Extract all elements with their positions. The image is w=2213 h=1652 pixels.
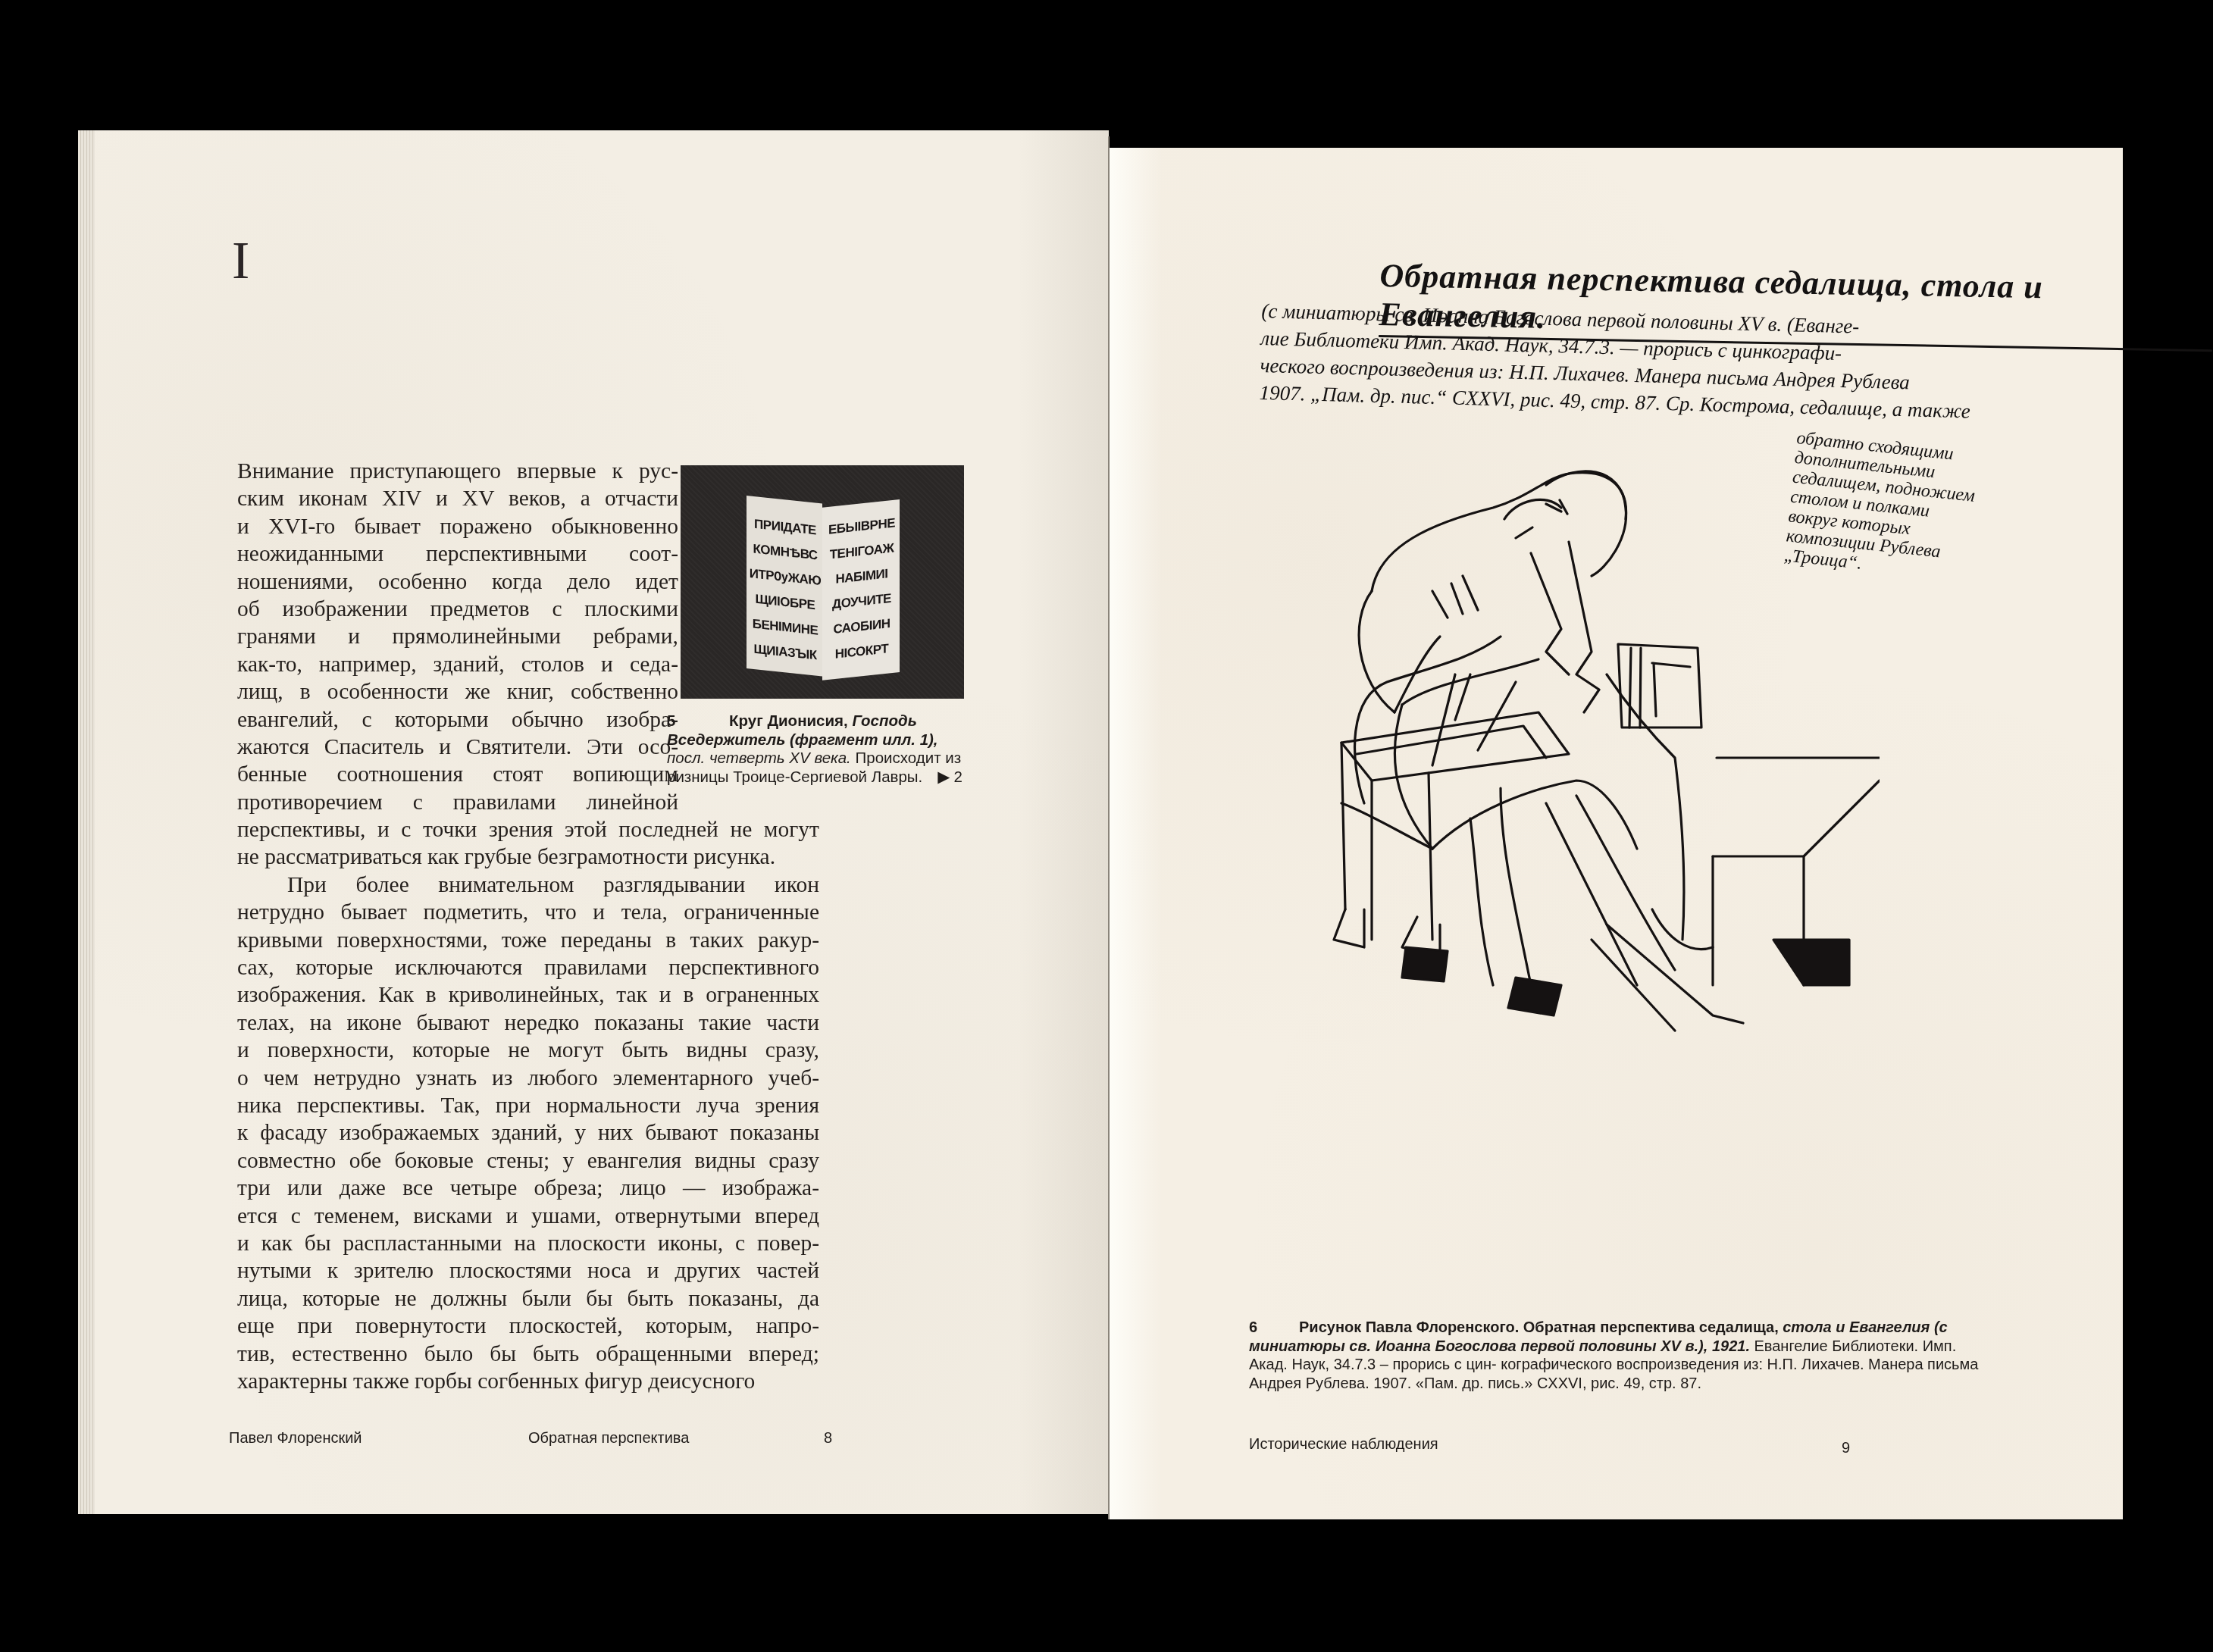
body-line: характерны также горбы согбенных фигур д…	[237, 1368, 819, 1395]
body-line: бенные соотношения стоят вопиющим	[237, 761, 678, 788]
body-line: жаются Спаситель и Святители. Эти осо-	[237, 734, 678, 761]
book-spine	[1108, 136, 1110, 1519]
caption-author: Круг Дионисия,	[729, 712, 852, 730]
body-line: При более внимательном разглядывании ико…	[237, 871, 819, 899]
body-line: об изображении предметов с плоскими	[237, 596, 678, 623]
body-line: изображения. Как в криволинейных, так и …	[237, 981, 819, 1009]
gutter-highlight	[1109, 148, 1162, 1519]
body-line: противоречием с правилами линейной	[237, 789, 678, 816]
body-line: телах, на иконе бывают нередко показаны …	[237, 1009, 819, 1037]
body-line: совместно обе боковые стены; у евангелия…	[237, 1147, 819, 1175]
figure-number: 6	[1249, 1319, 1299, 1338]
body-line: тив, естественно было бы быть обращенным…	[237, 1341, 819, 1368]
page-number-left: 8	[824, 1430, 832, 1447]
body-line: три или даже все четыре обреза; лицо — и…	[237, 1175, 819, 1202]
body-line: не рассматриваться как грубые безграмотн…	[237, 843, 819, 871]
body-line: и поверхности, которые не могут быть вид…	[237, 1037, 819, 1064]
gutter-shadow	[1018, 130, 1109, 1514]
body-line: ника перспективы. Так, при нормальности …	[237, 1092, 819, 1119]
footer-section: Исторические наблюдения	[1249, 1436, 1438, 1453]
body-line: ется с теменем, висками и ушами, отверну…	[237, 1203, 819, 1230]
body-line: ским иконам XIV и XV веков, а отчасти	[237, 485, 678, 512]
figure-5-image: ПРИІДАТЕКОМНѢВСИТРѸЖАЮЩИІОБРЕБЕНІМИНЕЩИІ…	[681, 465, 964, 699]
chapter-number: I	[232, 235, 249, 288]
figure-6-drawing	[1319, 455, 1880, 1137]
caption-bold: Рисунок Павла Флоренского. Обратная перс…	[1299, 1319, 1783, 1336]
body-line: гранями и прямолинейными ребрами,	[237, 623, 678, 650]
figure-5-caption: 5Круг Дионисия, Господь Вседержитель (фр…	[667, 712, 963, 787]
caption-date: посл. четверть XV века.	[667, 749, 851, 767]
book-glyphs-right: ЕБЫІВРНЕТЕНІГОАЖНАБІМИІДОУЧИТЕСАОБІИННІС…	[825, 510, 898, 668]
body-line: лица, которые не должны были бы быть пок…	[237, 1285, 819, 1313]
body-line: Внимание приступающего впервые к рус-	[237, 458, 678, 485]
body-line: нетрудно бывает подметить, что и тела, о…	[237, 899, 819, 926]
body-line: к фасаду изображаемых зданий, у них быва…	[237, 1119, 819, 1147]
handwritten-note: (с миниатюры св. Иоанна Богослова первой…	[1259, 297, 1989, 425]
body-line: ношениями, особенно когда дело идет	[237, 568, 678, 596]
footer-book-title: Обратная перспектива	[528, 1430, 689, 1447]
body-line: кривыми поверхностями, тоже переданы в т…	[237, 927, 819, 954]
figure-number: 5	[667, 712, 729, 731]
body-line: и как бы распластанными на плоскости ико…	[237, 1230, 819, 1257]
body-line: о чем нетрудно узнать из любого элемента…	[237, 1065, 819, 1092]
cross-reference: ▶ 2	[937, 768, 963, 787]
footer-author: Павел Флоренский	[229, 1430, 362, 1447]
figure-6-caption: 6Рисунок Павла Флоренского. Обратная пер…	[1249, 1319, 1988, 1393]
body-line: неожиданными перспективными соот-	[237, 540, 678, 568]
body-line: нутыми к зрителю плоскостями носа и друг…	[237, 1257, 819, 1284]
body-line: перспективы, и с точки зрения этой после…	[237, 816, 819, 843]
body-line: лищ, в особенности же книг, собственно	[237, 678, 678, 706]
book-glyphs-left: ПРИІДАТЕКОМНѢВСИТРѸЖАЮЩИІОБРЕБЕНІМИНЕЩИІ…	[749, 511, 822, 668]
page-fore-edge	[78, 130, 95, 1514]
body-line: как-то, например, зданий, столов и седа-	[237, 651, 678, 678]
body-line: еще при повернутости плоскостей, которым…	[237, 1313, 819, 1340]
body-line: и XVI-го бывает поражено обыкновенно	[237, 513, 678, 540]
page-number-right: 9	[1842, 1440, 1850, 1457]
body-line: сах, которые исключаются правилами персп…	[237, 954, 819, 981]
body-line: евангелий, с которыми обычно изобра-	[237, 706, 678, 734]
